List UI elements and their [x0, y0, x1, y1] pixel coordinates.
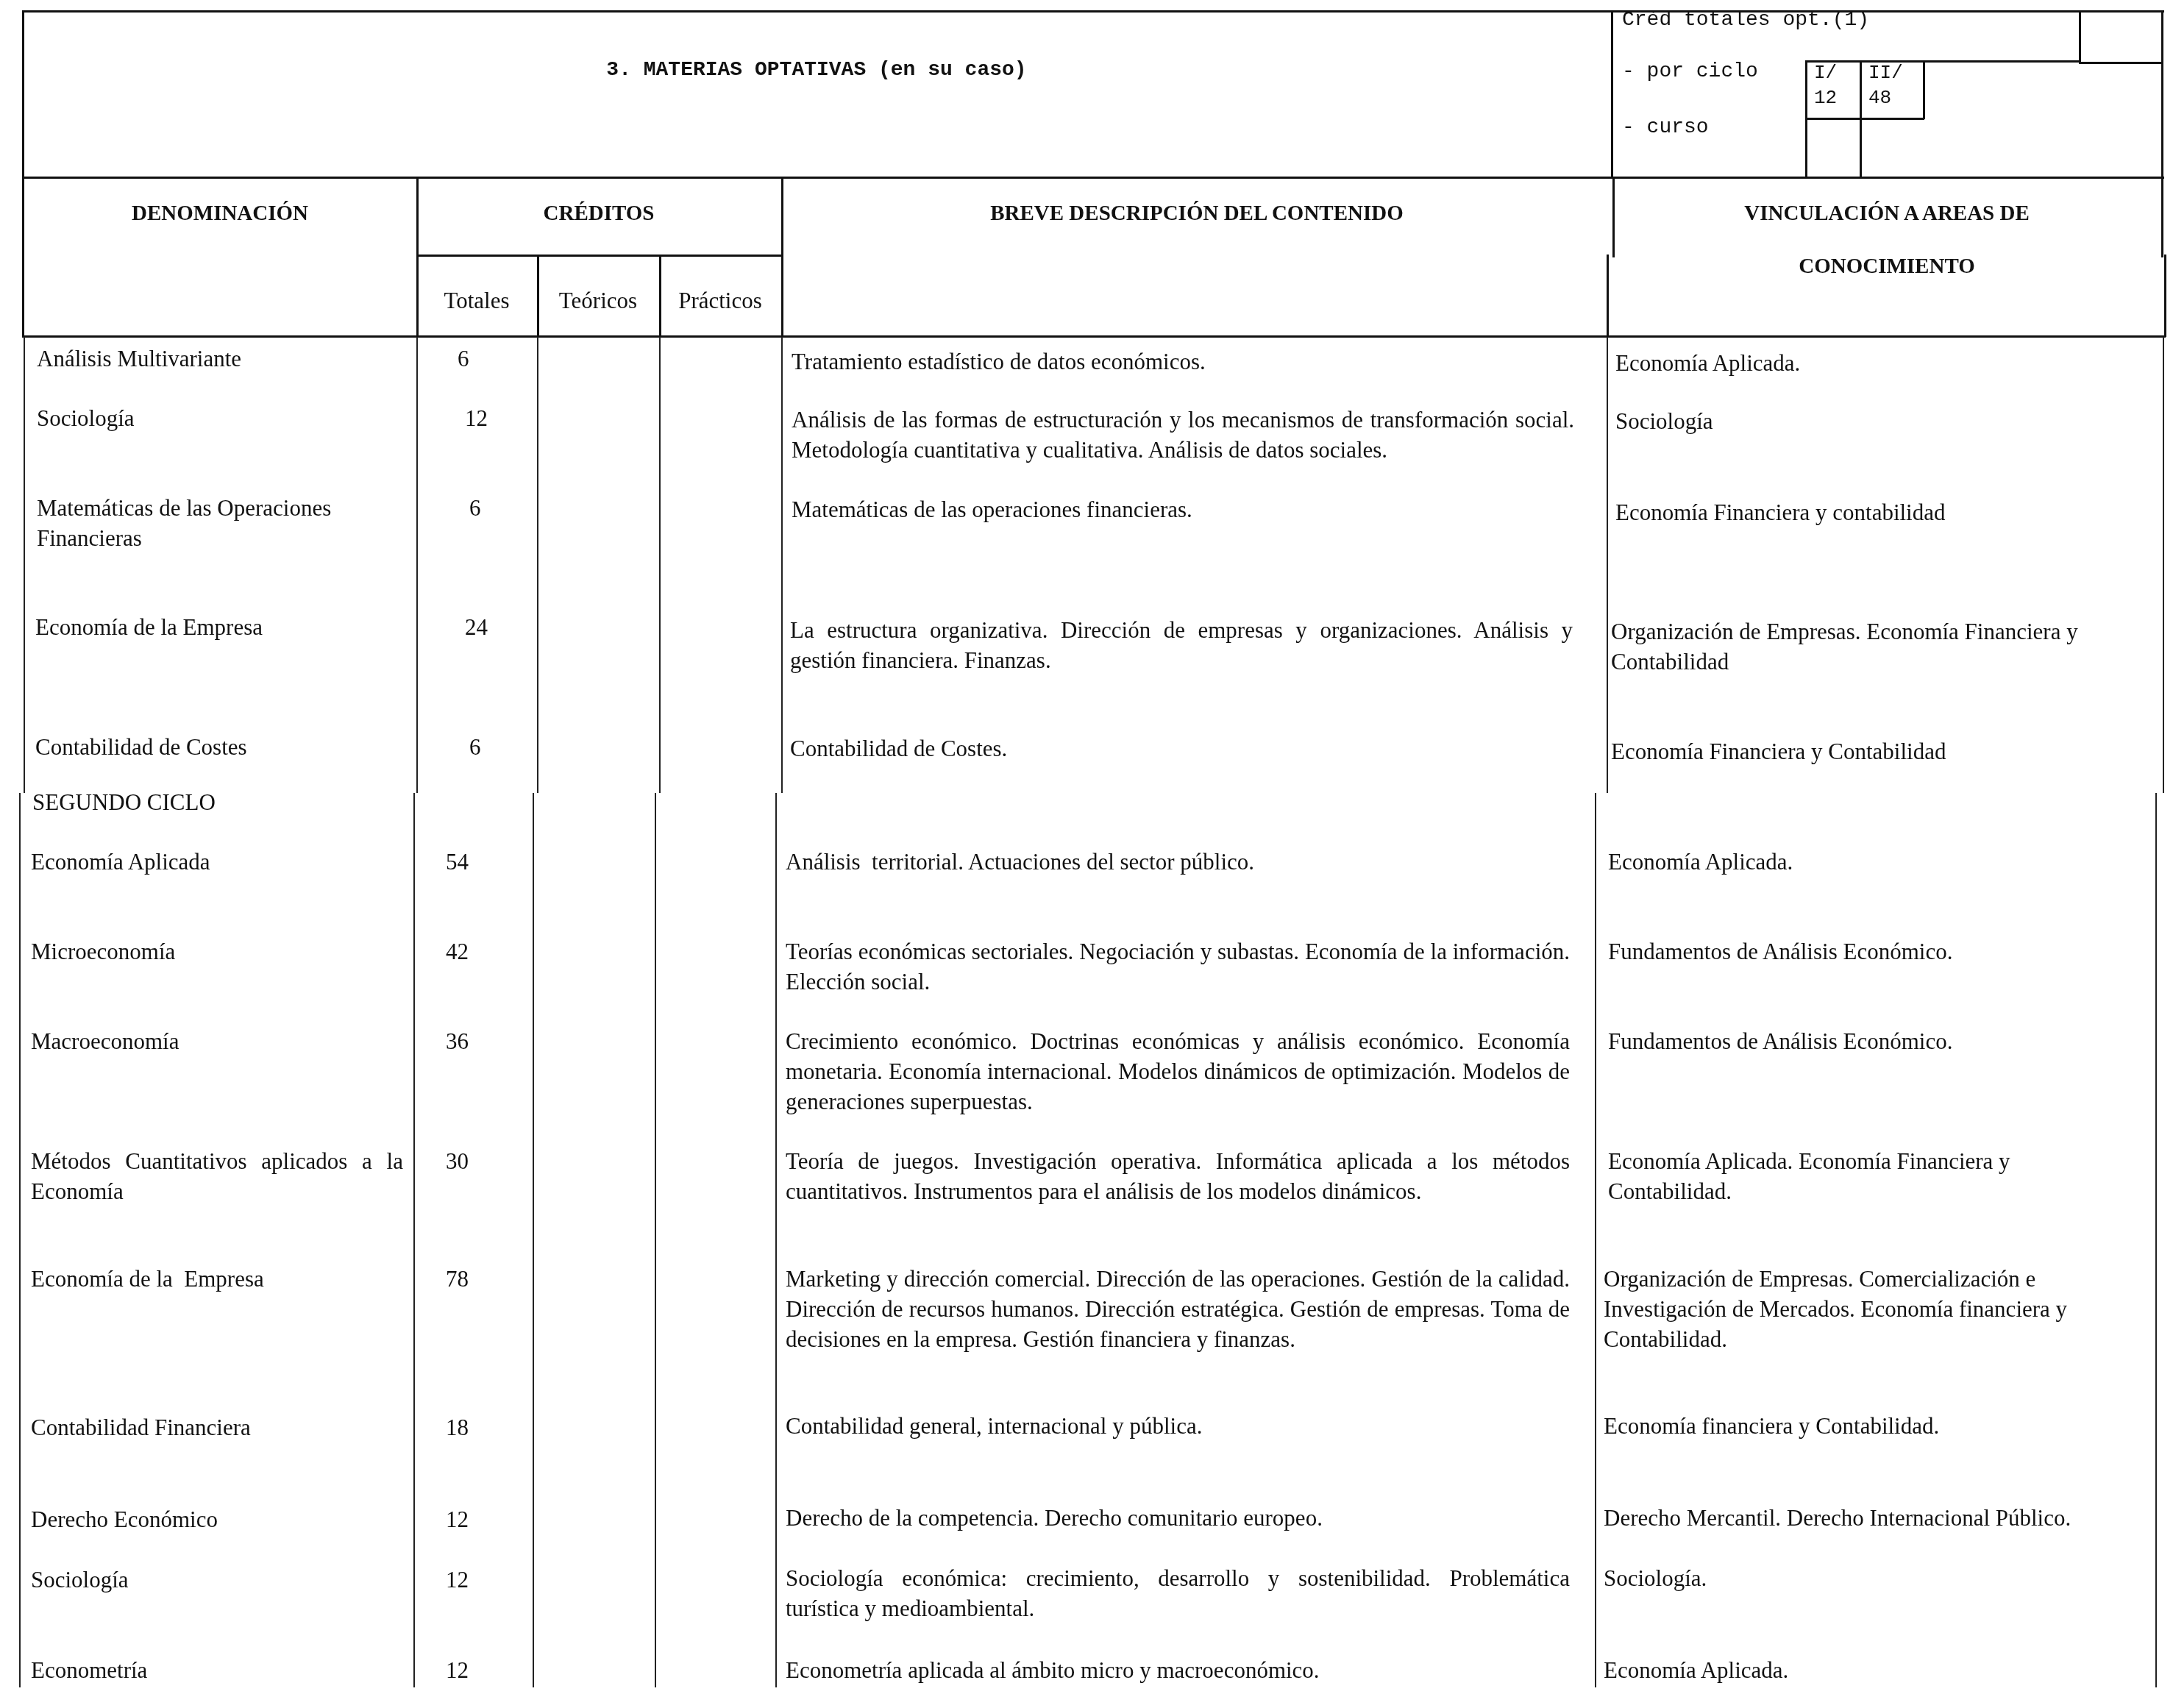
row-area: Fundamentos de Análisis Económico. — [1608, 936, 2138, 967]
row-totales: 12 — [446, 1655, 469, 1685]
body-sep-name-a — [416, 337, 418, 793]
row-area: Derecho Mercantil. Derecho Internacional… — [1604, 1503, 2148, 1533]
row-name: Matemáticas de las Operaciones Financier… — [37, 493, 390, 553]
row-totales: 12 — [465, 403, 488, 433]
ciclo-II-label: II/ — [1868, 62, 1903, 84]
row-name: Análisis Multivariante — [37, 344, 405, 374]
header-creditos: CRÉDITOS — [416, 202, 781, 226]
body-sep-desc-b — [1595, 793, 1596, 1687]
creditos-subheader-line — [416, 255, 783, 257]
header-vinculacion-line2: CONOCIMIENTO — [1612, 255, 2161, 279]
credits-total-label: Crèd totales opt.(1) — [1622, 9, 1869, 32]
row-name: Sociología — [31, 1565, 399, 1595]
row-name: Contabilidad Financiera — [31, 1412, 399, 1442]
ciclo-II-value: 48 — [1868, 87, 1891, 109]
row-totales: 12 — [446, 1565, 469, 1595]
row-name: Contabilidad de Costes — [35, 732, 403, 762]
row-totales: 12 — [446, 1504, 469, 1534]
body-sep-practicos-b — [775, 793, 777, 1687]
col-header-right — [2161, 177, 2163, 257]
row-totales: 24 — [465, 612, 488, 642]
row-name: Sociología — [37, 403, 405, 433]
row-descripcion: Contabilidad de Costes. — [790, 733, 1570, 764]
ciclo-I-value: 12 — [1814, 87, 1837, 109]
row-descripcion: Crecimiento económico. Doctrinas económi… — [786, 1026, 1570, 1117]
section-title: 3. MATERIAS OPTATIVAS (en su caso) — [22, 59, 1611, 82]
row-descripcion: Análisis territorial. Actuaciones del se… — [786, 847, 1565, 877]
row-area: Economía Aplicada. — [1615, 348, 2145, 378]
row-totales: 18 — [446, 1412, 469, 1442]
row-area: Economía Aplicada. — [1604, 1655, 2133, 1685]
body-sep-practicos-a — [781, 337, 783, 793]
body-sep-name-b — [413, 793, 415, 1687]
credits-box-left-border — [1611, 10, 1613, 178]
row-area: Sociología. — [1604, 1563, 2133, 1593]
ciclo-box-right — [1923, 60, 1925, 119]
row-name: Economía Aplicada — [31, 847, 399, 877]
row-name: Economía de la Empresa — [35, 612, 403, 642]
curso-label: - curso — [1622, 116, 1709, 139]
body-sep-teoricos-b — [655, 793, 656, 1687]
row-totales: 6 — [458, 344, 469, 374]
col-header-right-lower — [2164, 255, 2166, 337]
row-area: Organización de Empresas. Comercializaci… — [1604, 1264, 2133, 1354]
body-right-border-b — [2155, 793, 2157, 1687]
row-descripcion: Matemáticas de las operaciones financier… — [792, 494, 1571, 524]
row-descripcion: Contabilidad general, internacional y pú… — [786, 1411, 1565, 1441]
ciclo-I-label: I/ — [1814, 62, 1837, 84]
row-descripcion: Teorías económicas sectoriales. Negociac… — [786, 936, 1570, 997]
body-sep-totales-b — [533, 793, 534, 1687]
body-sep-teoricos-a — [659, 337, 661, 793]
body-left-border-b — [19, 793, 21, 1687]
header-teoricos: Teóricos — [537, 285, 659, 316]
row-totales: 78 — [446, 1264, 469, 1294]
row-descripcion: Marketing y dirección comercial. Direcci… — [786, 1264, 1570, 1354]
left-border-top — [22, 10, 24, 178]
row-name: Derecho Económico — [31, 1504, 399, 1534]
row-descripcion: Tratamiento estadístico de datos económi… — [792, 346, 1571, 377]
col-sep-creditos — [781, 177, 783, 337]
row-name: Econometría — [31, 1655, 399, 1685]
col-header-bottom — [22, 335, 2166, 338]
row-area: Economía Financiera y Contabilidad — [1611, 736, 2141, 766]
row-totales: 42 — [446, 936, 469, 967]
row-descripcion: La estructura organizativa. Dirección de… — [790, 615, 1573, 675]
header-denominacion: DENOMINACIÓN — [24, 202, 416, 226]
row-name: Economía de la Empresa — [31, 1264, 399, 1294]
credits-total-cell-bottom — [2079, 62, 2163, 64]
header-totales: Totales — [416, 285, 537, 316]
row-name: Métodos Cuantitativos aplicados a la Eco… — [31, 1146, 403, 1206]
row-totales: 6 — [469, 493, 481, 523]
row-totales: 30 — [446, 1146, 469, 1176]
header-descripcion: BREVE DESCRIPCIÓN DEL CONTENIDO — [781, 202, 1612, 226]
row-descripcion: Teoría de juegos. Investigación operativ… — [786, 1146, 1570, 1206]
row-area: Economía Aplicada. Economía Financiera y… — [1608, 1146, 2049, 1206]
row-totales: 36 — [446, 1026, 469, 1056]
row-descripcion: Análisis de las formas de estructuración… — [792, 405, 1574, 465]
row-descripcion: Econometría aplicada al ámbito micro y m… — [786, 1655, 1565, 1685]
row-area: Organización de Empresas. Economía Finan… — [1611, 616, 2141, 677]
row-totales: 54 — [446, 847, 469, 877]
ciclo-box-top — [1805, 60, 2079, 63]
credits-total-cell-border — [2079, 10, 2081, 63]
row-descripcion: Derecho de la competencia. Derecho comun… — [786, 1503, 1565, 1533]
body-sep-totales-a — [537, 337, 538, 793]
section-label-segundo-ciclo: SEGUNDO CICLO — [32, 787, 400, 817]
row-area: Economía Financiera y contabilidad — [1615, 497, 2145, 527]
header-vinculacion-line1: VINCULACIÓN A AREAS DE — [1612, 202, 2161, 226]
col-sep-descripcion-lower — [1607, 255, 1609, 337]
row-descripcion: Sociología económica: crecimiento, desar… — [786, 1563, 1570, 1623]
row-area: Economía Aplicada. — [1608, 847, 2138, 877]
header-bottom-border — [22, 177, 2164, 179]
row-area: Economía financiera y Contabilidad. — [1604, 1411, 2133, 1441]
body-sep-desc-a — [1607, 337, 1608, 793]
por-ciclo-label: - por ciclo — [1622, 60, 1758, 83]
row-area: Fundamentos de Análisis Económico. — [1608, 1026, 2138, 1056]
body-left-border-a — [24, 337, 25, 793]
row-name: Microeconomía — [31, 936, 399, 967]
right-border-top — [2161, 10, 2163, 178]
row-totales: 6 — [469, 732, 481, 762]
row-area: Sociología — [1615, 406, 2145, 436]
col-header-left — [22, 177, 24, 337]
row-name: Macroeconomía — [31, 1026, 399, 1056]
ciclo-box-bottom — [1805, 118, 1924, 120]
body-right-border-a — [2163, 337, 2164, 793]
header-practicos: Prácticos — [659, 285, 781, 316]
